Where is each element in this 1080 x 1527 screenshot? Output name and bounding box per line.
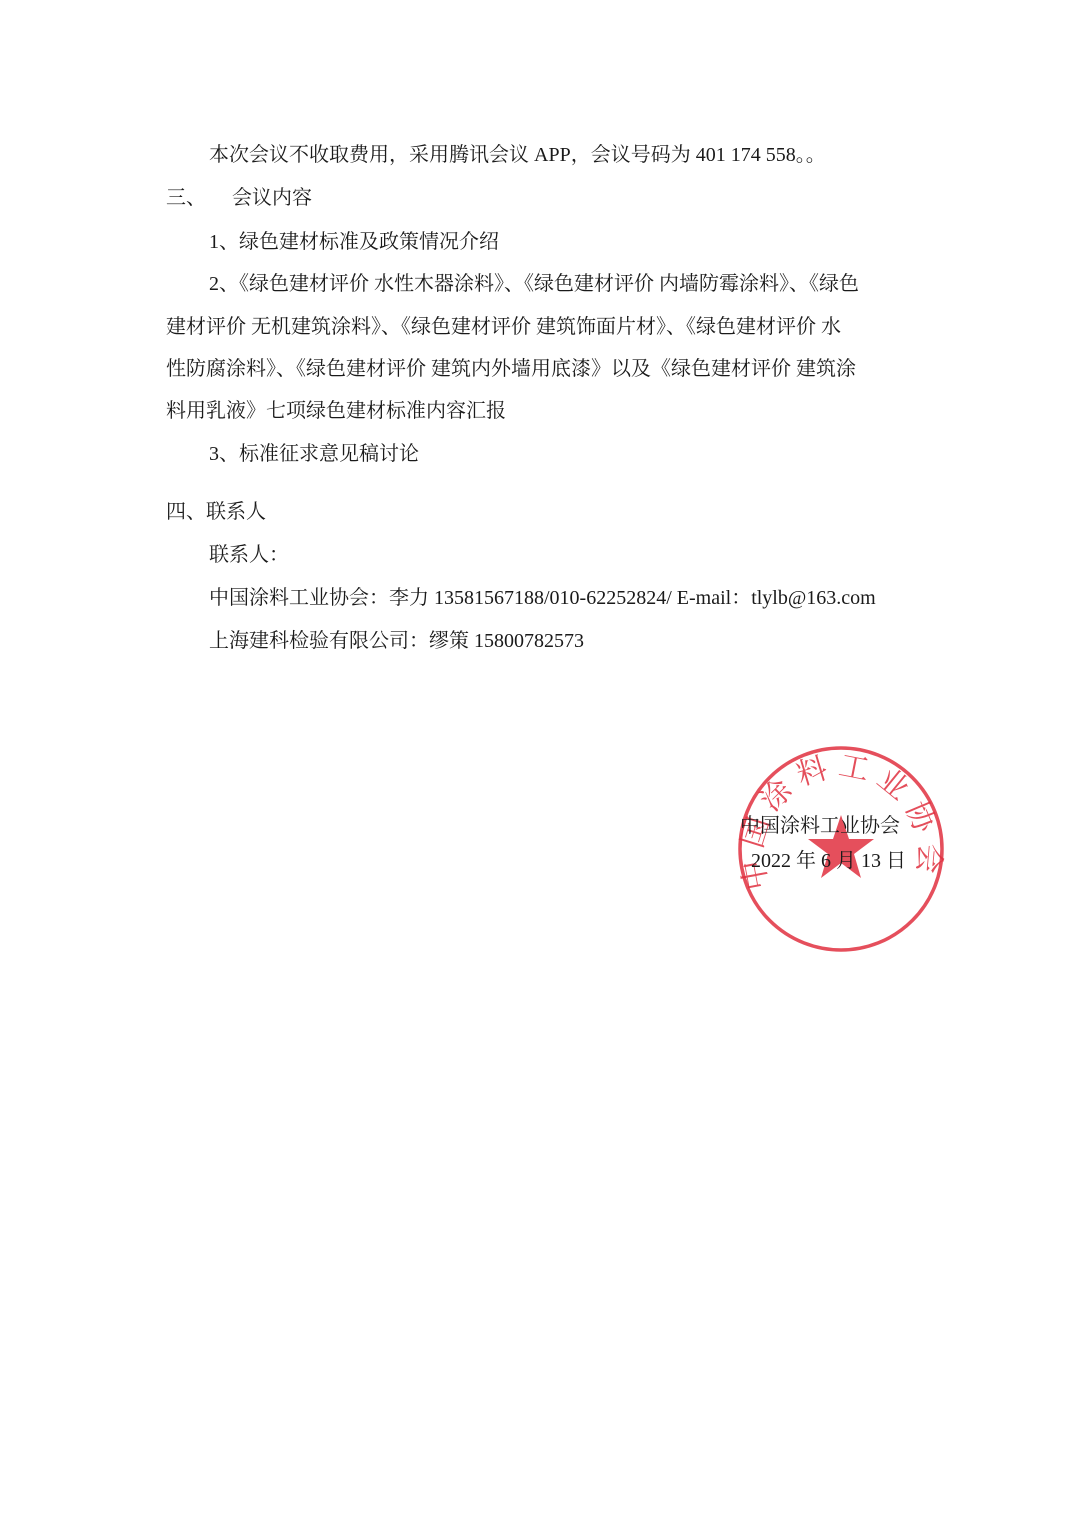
section-4-heading: 四、联系人 — [166, 498, 266, 526]
agenda-item-1: 1、绿色建材标准及政策情况介绍 — [209, 228, 499, 256]
section-3-number: 三、 — [166, 187, 206, 209]
fee-line: 本次会议不收取费用，采用腾讯会议 APP，会议号码为 401 174 558。。 — [209, 141, 826, 169]
signature-organization: 中国涂料工业协会 — [740, 812, 900, 840]
section-3-title: 会议内容 — [232, 187, 312, 209]
contact-shanghai-inspection: 上海建科检验有限公司：缪策 15800782573 — [209, 627, 584, 655]
signature-date: 2022 年 6 月 13 日 — [751, 847, 906, 875]
contact-coatings-association: 中国涂料工业协会：李力 13581567188/010-62252824/ E-… — [209, 584, 876, 612]
agenda-item-2-line-2: 建材评价 无机建筑涂料》、《绿色建材评价 建筑饰面片材》、《绿色建材评价 水 — [166, 313, 841, 341]
agenda-item-3: 3、标准征求意见稿讨论 — [209, 440, 419, 468]
agenda-item-2-line-1: 2、《绿色建材评价 水性木器涂料》、《绿色建材评价 内墙防霉涂料》、《绿色 — [209, 270, 859, 298]
contacts-label: 联系人： — [209, 541, 289, 569]
agenda-item-2-line-3: 性防腐涂料》、《绿色建材评价 建筑内外墙用底漆》以及《绿色建材评价 建筑涂 — [166, 355, 856, 383]
agenda-item-2-line-4: 料用乳液》七项绿色建材标准内容汇报 — [166, 397, 506, 425]
section-3-heading: 三、会议内容 — [166, 184, 312, 212]
